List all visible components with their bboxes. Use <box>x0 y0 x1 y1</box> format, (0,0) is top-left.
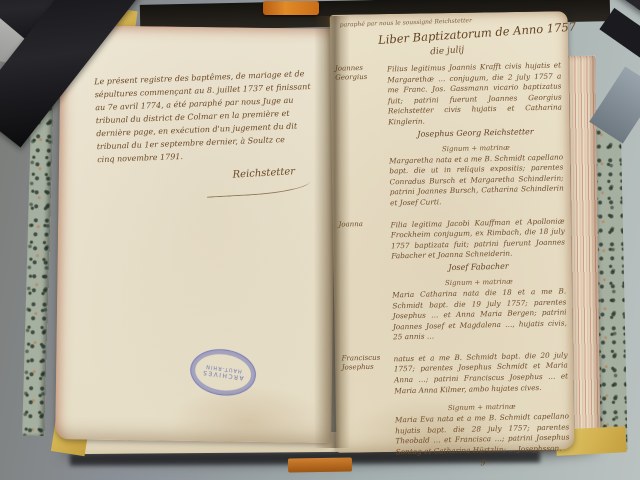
register-entry: Signum + matrinæ Maria Eva nata et a me … <box>343 402 570 470</box>
register-entry: Signum + matrinæ Margaretha nata et a me… <box>337 142 564 212</box>
entry-content: Signum + matrinæ Maria Eva nata et a me … <box>395 402 570 469</box>
register-entry: Joannes Georgius Filius legitimus Joanni… <box>335 58 563 140</box>
entry-content: Filia legitima Jacobi Kauffman et Apollo… <box>390 214 565 273</box>
cover-edge-bottom-center <box>288 457 352 472</box>
entry-content: Filius legitimus Joannis Krafft civis hu… <box>387 58 563 138</box>
entry-signature: 9 <box>396 456 570 469</box>
entry-body: Maria Eva nata et a me B. Schmidt capell… <box>395 412 570 458</box>
judge-signature: Reichstetter <box>209 165 319 182</box>
entry-content: Signum + matrinæ Maria Catharina nata di… <box>392 276 567 345</box>
entry-body: Maria Catharina nata die 18 et a me B. S… <box>392 286 567 343</box>
entry-margin-name <box>343 406 396 471</box>
register-entry: Joanna Filia legitima Jacobi Kauffman et… <box>338 214 565 274</box>
entry-body: Filia legitima Jacobi Kauffman et Apollo… <box>390 216 565 262</box>
page-subtitle: die julij <box>430 42 510 57</box>
entry-signature: Josephus Georg Reichstetter <box>388 126 562 139</box>
photo-of-register: Le présent registre des baptêmes, de mar… <box>0 0 640 480</box>
entry-signature: Josef Fabacher <box>391 260 565 273</box>
entry-content: natus et a me B. Schmidt bapt. die 20 ju… <box>393 348 568 398</box>
headband <box>263 1 319 15</box>
register-entry: Franciscus Josephus natus et a me B. Sch… <box>341 348 568 399</box>
right-page: paraphé par nous le soussigné Reichstett… <box>330 11 575 453</box>
entry-body: Filius legitimus Joannis Krafft civis hu… <box>387 60 562 127</box>
entry-content: Signum + matrinæ Margaretha nata et a me… <box>389 142 564 211</box>
register-entry: Signum + matrinæ Maria Catharina nata di… <box>340 276 567 346</box>
gutter-shadow <box>314 16 350 448</box>
baptism-entries: Joannes Georgius Filius legitimus Joanni… <box>335 58 570 477</box>
signature-flourish <box>206 181 310 198</box>
left-page-paragraph: Le présent registre des baptêmes, de mar… <box>94 67 315 166</box>
archive-stamp: ARCHIVES HAUT-RHIN <box>187 345 259 400</box>
entry-body: natus et a me B. Schmidt bapt. die 20 ju… <box>394 350 569 396</box>
left-page: Le présent registre des baptêmes, de mar… <box>55 25 337 443</box>
entry-body: Margaretha nata et a me B. Schmidt capel… <box>389 152 564 209</box>
